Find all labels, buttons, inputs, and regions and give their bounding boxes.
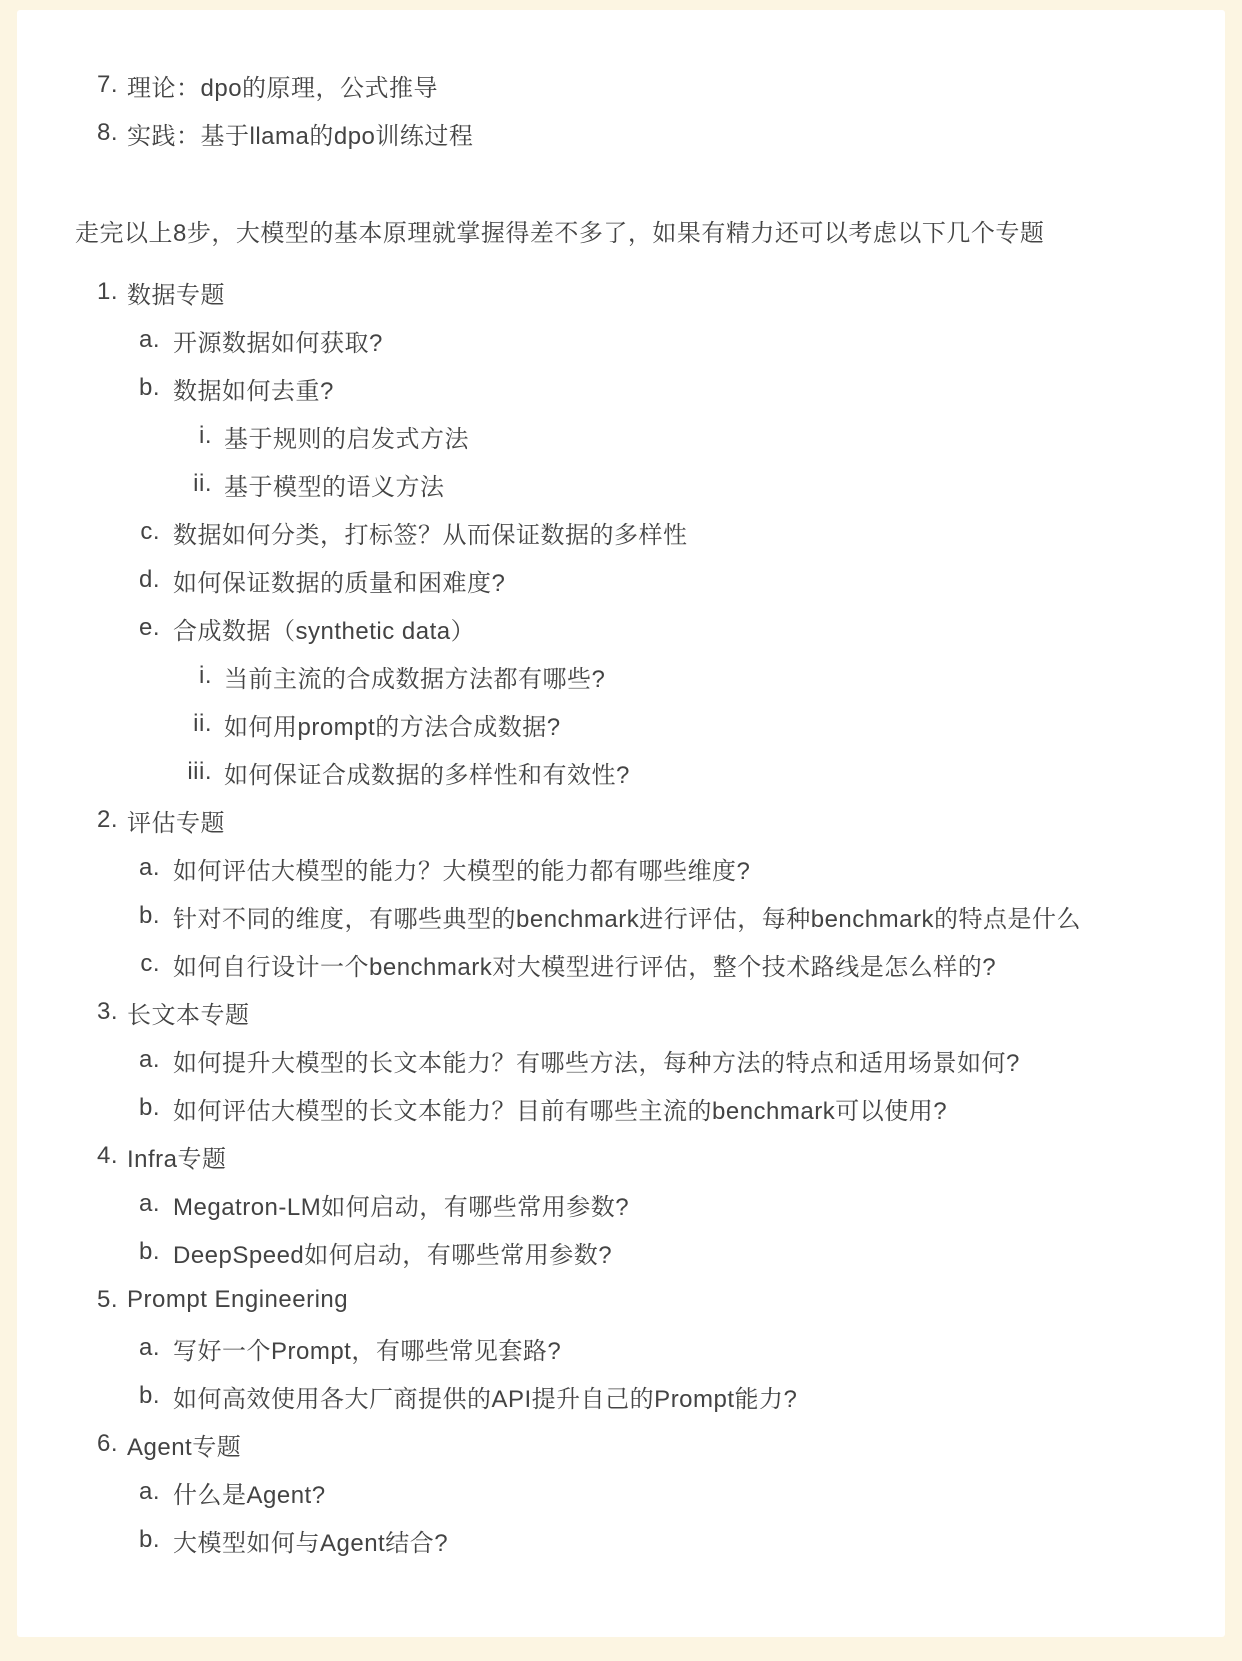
list-text: 如何高效使用各大厂商提供的API提升自己的Prompt能力? (173, 1379, 797, 1414)
list-item: 7. 理论：dpo的原理，公式推导 (75, 61, 1205, 109)
list-item: ii. 基于模型的语义方法 (75, 460, 1205, 508)
list-item: ii. 如何用prompt的方法合成数据? (75, 700, 1205, 748)
list-item: a. Megatron-LM如何启动，有哪些常用参数? (75, 1180, 1205, 1228)
list-marker: c. (75, 950, 160, 978)
list-item: iii. 如何保证合成数据的多样性和有效性? (75, 748, 1205, 796)
note-card: 7. 理论：dpo的原理，公式推导 8. 实践：基于llama的dpo训练过程 … (17, 10, 1225, 1637)
list-text: 如何提升大模型的长文本能力？有哪些方法，每种方法的特点和适用场景如何? (173, 1043, 1020, 1078)
list-marker: iii. (75, 758, 212, 786)
list-item: 5. Prompt Engineering (75, 1276, 1205, 1324)
list-marker: a. (75, 1334, 160, 1362)
list-text: 如何评估大模型的能力？大模型的能力都有哪些维度? (173, 851, 750, 886)
list-marker: 3. (75, 998, 118, 1026)
list-item: a. 什么是Agent? (75, 1468, 1205, 1516)
list-text: 基于模型的语义方法 (224, 467, 445, 502)
list-marker: 5. (75, 1286, 118, 1314)
list-text: 当前主流的合成数据方法都有哪些? (224, 659, 605, 694)
list-text: 数据专题 (127, 275, 225, 310)
list-text: 开源数据如何获取? (173, 323, 383, 358)
list-marker: b. (75, 1382, 160, 1410)
list-text: Megatron-LM如何启动，有哪些常用参数? (173, 1187, 629, 1222)
list-item: b. 如何评估大模型的长文本能力？目前有哪些主流的benchmark可以使用? (75, 1084, 1205, 1132)
list-marker: a. (75, 326, 160, 354)
list-marker: a. (75, 1190, 160, 1218)
list-text: 大模型如何与Agent结合? (173, 1523, 448, 1558)
list-item: a. 写好一个Prompt，有哪些常见套路? (75, 1324, 1205, 1372)
list-text: 数据如何分类，打标签？从而保证数据的多样性 (173, 515, 688, 550)
list-item: b. 大模型如何与Agent结合? (75, 1516, 1205, 1564)
list-text: 实践：基于llama的dpo训练过程 (127, 116, 473, 151)
list-text: Agent专题 (127, 1427, 241, 1462)
list-item: e. 合成数据（synthetic data） (75, 604, 1205, 652)
list-marker: ii. (75, 710, 212, 738)
list-text: 写好一个Prompt，有哪些常见套路? (173, 1331, 561, 1366)
list-item: c. 如何自行设计一个benchmark对大模型进行评估，整个技术路线是怎么样的… (75, 940, 1205, 988)
list-text: 针对不同的维度，有哪些典型的benchmark进行评估，每种benchmark的… (173, 899, 1081, 934)
list-item: b. DeepSpeed如何启动，有哪些常用参数? (75, 1228, 1205, 1276)
list-text: 如何自行设计一个benchmark对大模型进行评估，整个技术路线是怎么样的? (173, 947, 996, 982)
list-marker: b. (75, 1526, 160, 1554)
list-item: i. 基于规则的启发式方法 (75, 412, 1205, 460)
list-item: 4. Infra专题 (75, 1132, 1205, 1180)
list-marker: b. (75, 1238, 160, 1266)
list-marker: 6. (75, 1430, 118, 1458)
list-item: 6. Agent专题 (75, 1420, 1205, 1468)
list-text: Prompt Engineering (127, 1286, 348, 1314)
list-text: DeepSpeed如何启动，有哪些常用参数? (173, 1235, 612, 1270)
list-marker: c. (75, 518, 160, 546)
list-text: 基于规则的启发式方法 (224, 419, 469, 454)
list-marker: b. (75, 1094, 160, 1122)
summary-paragraph: 走完以上8步，大模型的基本原理就掌握得差不多了，如果有精力还可以考虑以下几个专题 (75, 206, 1205, 254)
list-marker: ii. (75, 470, 212, 498)
list-text: 数据如何去重? (173, 371, 334, 406)
list-marker: 8. (75, 119, 118, 147)
list-marker: d. (75, 566, 160, 594)
list-item: 8. 实践：基于llama的dpo训练过程 (75, 109, 1205, 157)
list-marker: i. (75, 422, 212, 450)
list-text: 如何保证合成数据的多样性和有效性? (224, 755, 630, 790)
list-item: b. 针对不同的维度，有哪些典型的benchmark进行评估，每种benchma… (75, 892, 1205, 940)
list-marker: 4. (75, 1142, 118, 1170)
list-marker: 2. (75, 806, 118, 834)
list-item: c. 数据如何分类，打标签？从而保证数据的多样性 (75, 508, 1205, 556)
list-item: 3. 长文本专题 (75, 988, 1205, 1036)
list-marker: a. (75, 1478, 160, 1506)
outline-content: 7. 理论：dpo的原理，公式推导 8. 实践：基于llama的dpo训练过程 … (17, 10, 1225, 1564)
list-marker: i. (75, 662, 212, 690)
list-item: a. 如何提升大模型的长文本能力？有哪些方法，每种方法的特点和适用场景如何? (75, 1036, 1205, 1084)
list-marker: b. (75, 902, 160, 930)
list-item: b. 数据如何去重? (75, 364, 1205, 412)
list-text: 如何用prompt的方法合成数据? (224, 707, 561, 742)
page-background: 7. 理论：dpo的原理，公式推导 8. 实践：基于llama的dpo训练过程 … (0, 0, 1242, 1661)
list-text: 什么是Agent? (173, 1475, 326, 1510)
list-item: 1. 数据专题 (75, 268, 1205, 316)
list-marker: a. (75, 1046, 160, 1074)
list-text: 评估专题 (127, 803, 225, 838)
list-text: 长文本专题 (127, 995, 250, 1030)
list-text: Infra专题 (127, 1139, 227, 1174)
list-item: i. 当前主流的合成数据方法都有哪些? (75, 652, 1205, 700)
list-text: 如何保证数据的质量和困难度? (173, 563, 505, 598)
list-marker: b. (75, 374, 160, 402)
list-item: b. 如何高效使用各大厂商提供的API提升自己的Prompt能力? (75, 1372, 1205, 1420)
list-text: 合成数据（synthetic data） (173, 611, 475, 646)
list-marker: 7. (75, 71, 118, 99)
list-item: a. 如何评估大模型的能力？大模型的能力都有哪些维度? (75, 844, 1205, 892)
list-text: 理论：dpo的原理，公式推导 (127, 68, 438, 103)
list-marker: e. (75, 614, 160, 642)
list-item: a. 开源数据如何获取? (75, 316, 1205, 364)
list-item: 2. 评估专题 (75, 796, 1205, 844)
list-item: d. 如何保证数据的质量和困难度? (75, 556, 1205, 604)
list-text: 如何评估大模型的长文本能力？目前有哪些主流的benchmark可以使用? (173, 1091, 947, 1126)
list-marker: 1. (75, 278, 118, 306)
list-marker: a. (75, 854, 160, 882)
